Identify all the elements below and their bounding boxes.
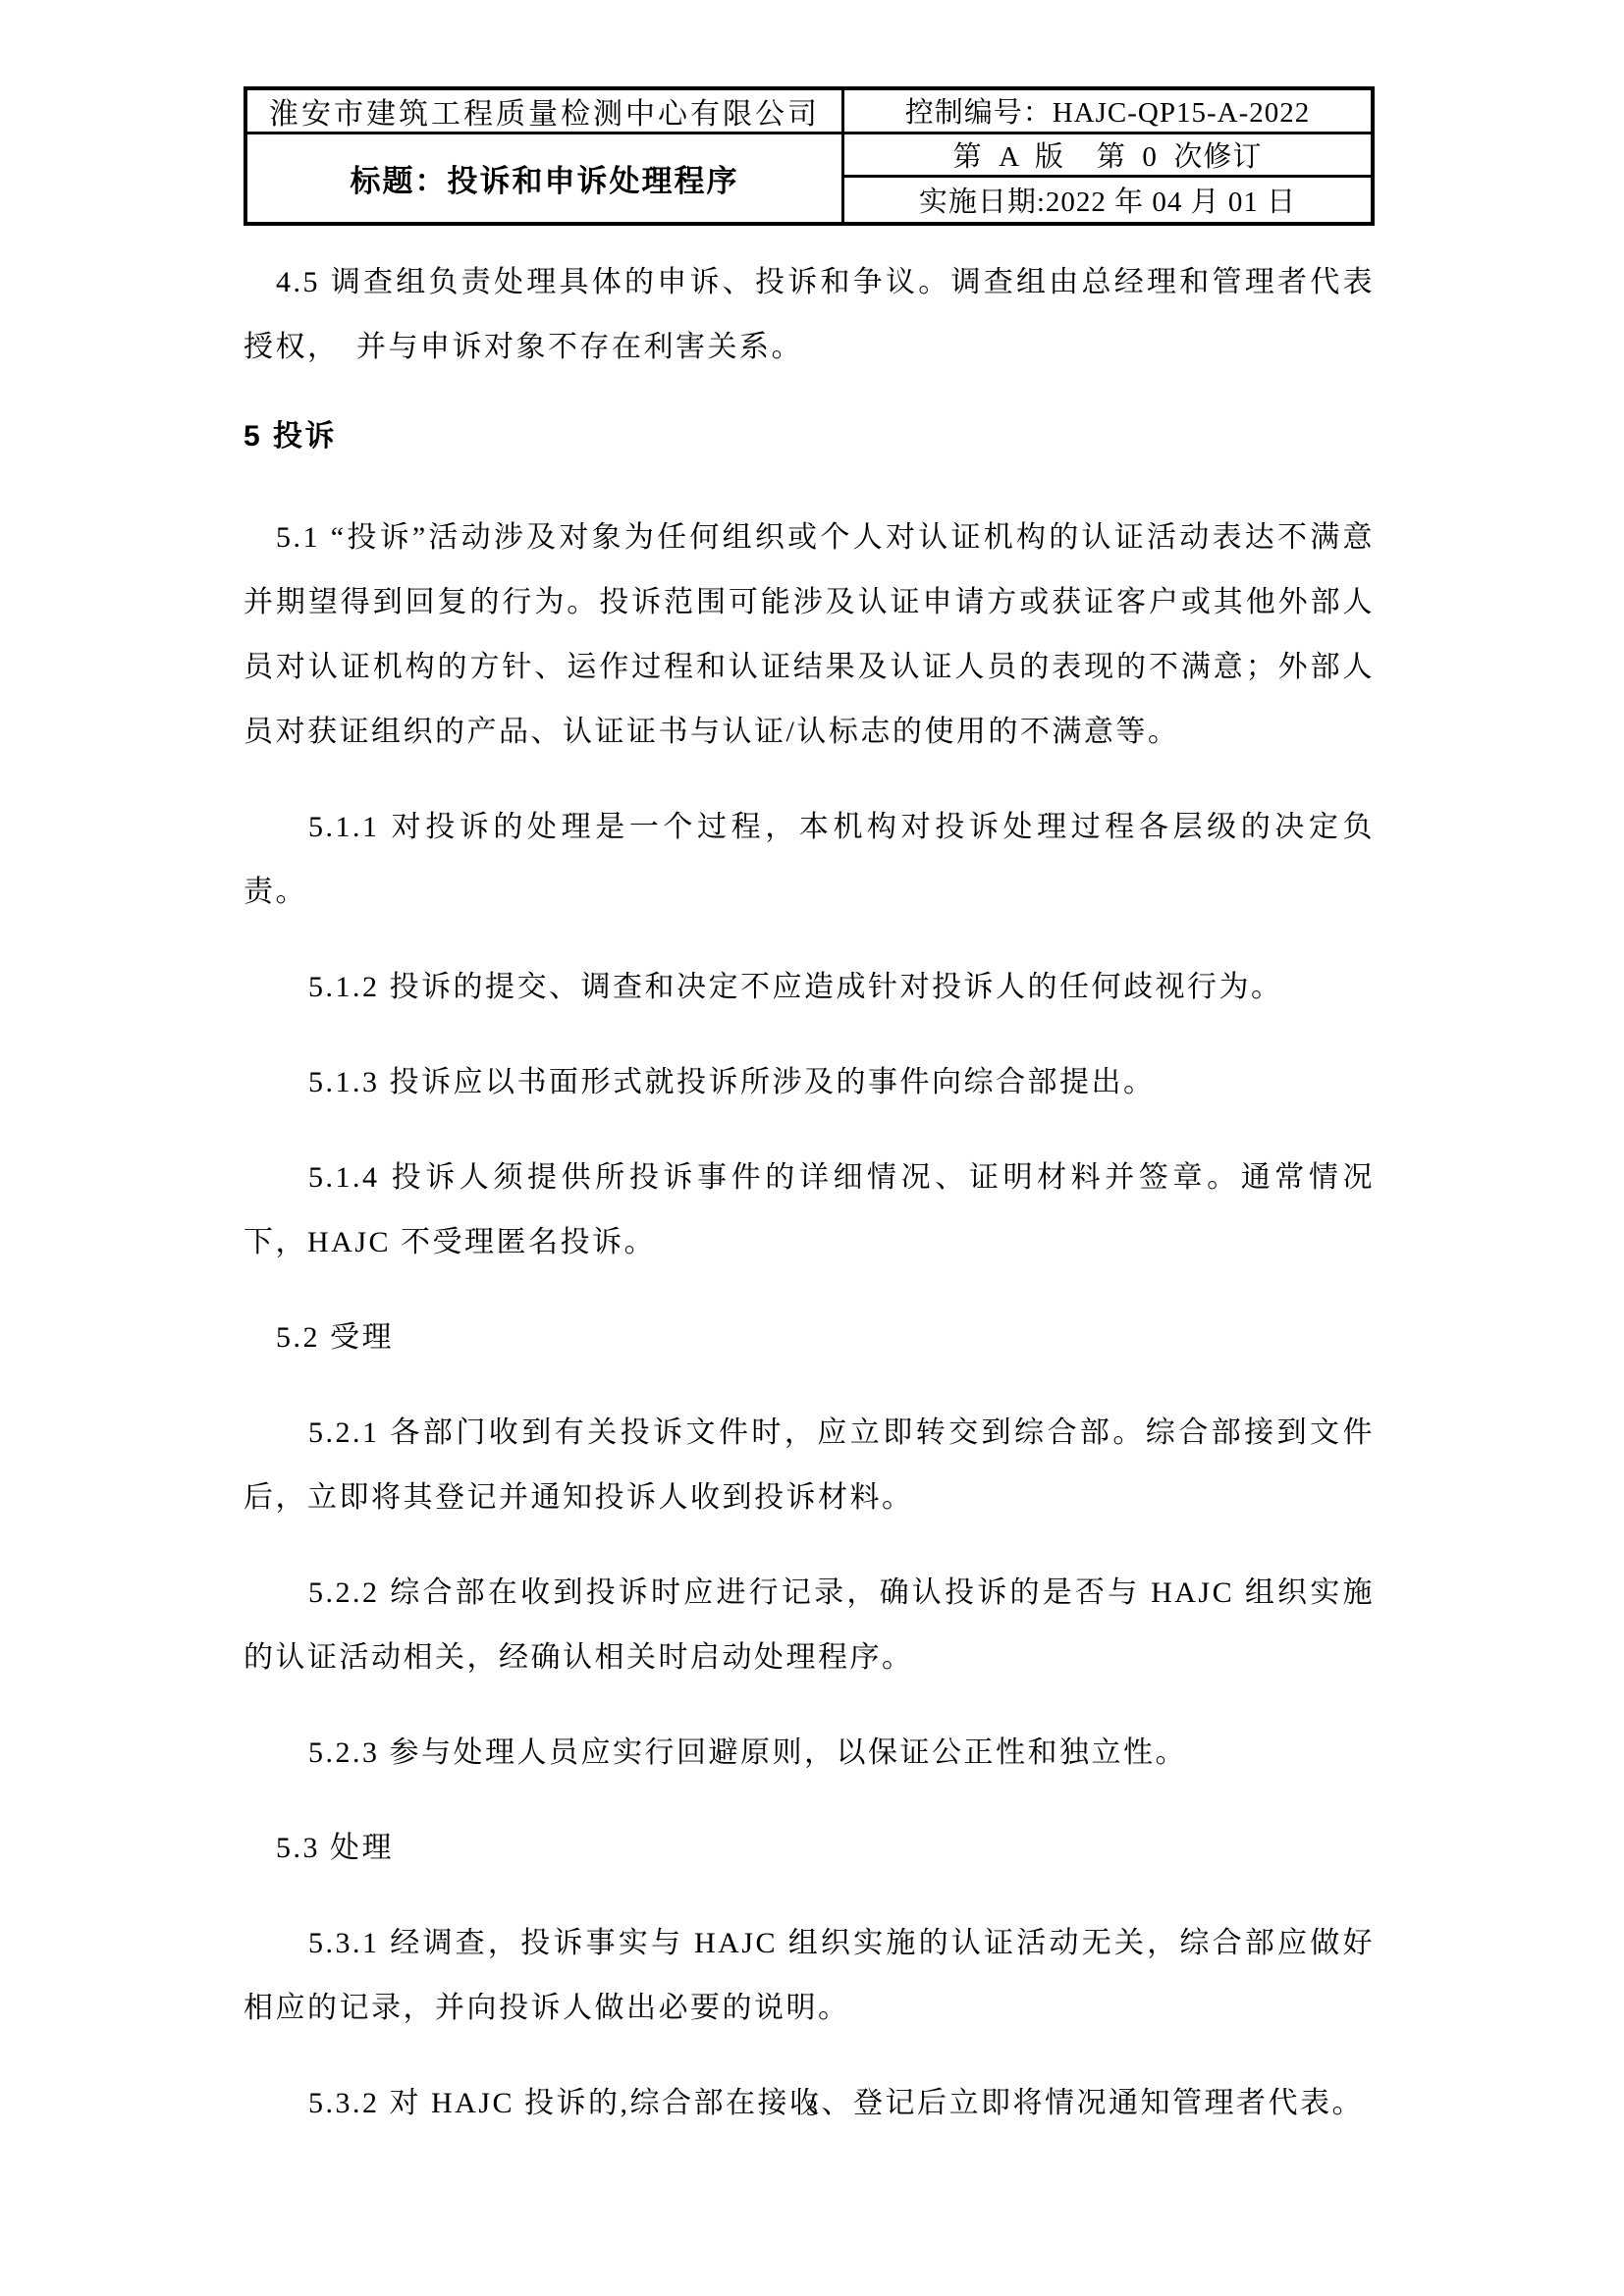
company-name: 淮安市建筑工程质量检测中心有限公司	[247, 90, 844, 134]
paragraph-5-2-3: 5.2.3 参与处理人员应实行回避原则，以保证公正性和独立性。	[244, 1721, 1375, 1786]
paragraph-4-5: 4.5 调查组负责处理具体的申诉、投诉和争议。调查组由总经理和管理者代表授权， …	[244, 250, 1375, 380]
section-heading-5: 5 投诉	[244, 404, 1375, 469]
paragraph-5-1-2: 5.1.2 投诉的提交、调查和决定不应造成针对投诉人的任何歧视行为。	[244, 955, 1375, 1020]
document-page: 淮安市建筑工程质量检测中心有限公司 标题：投诉和申诉处理程序 控制编号：HAJC…	[0, 0, 1624, 2296]
document-title: 标题：投诉和申诉处理程序	[247, 134, 844, 222]
paragraph-5-2-2: 5.2.2 综合部在收到投诉时应进行记录，确认投诉的是否与 HAJC 组织实施的…	[244, 1561, 1375, 1690]
subsection-heading-5-3: 5.3 处理	[244, 1816, 1375, 1881]
paragraph-5-3-1: 5.3.1 经调查，投诉事实与 HAJC 组织实施的认证活动无关，综合部应做好相…	[244, 1911, 1375, 2041]
control-number: 控制编号：HAJC-QP15-A-2022	[844, 90, 1371, 134]
paragraph-5-1-4: 5.1.4 投诉人须提供所投诉事件的详细情况、证明材料并签章。通常情况下，HAJ…	[244, 1146, 1375, 1275]
page-number: 3	[0, 2095, 1624, 2122]
document-body: 4.5 调查组负责处理具体的申诉、投诉和争议。调查组由总经理和管理者代表授权， …	[244, 250, 1375, 2166]
implementation-date: 实施日期:2022 年 04 月 01 日	[844, 178, 1371, 222]
paragraph-5-2-1: 5.2.1 各部门收到有关投诉文件时，应立即转交到综合部。综合部接到文件后，立即…	[244, 1401, 1375, 1530]
paragraph-5-1: 5.1 “投诉”活动涉及对象为任何组织或个人对认证机构的认证活动表达不满意并期望…	[244, 506, 1375, 765]
subsection-heading-5-2: 5.2 受理	[244, 1306, 1375, 1370]
header-table: 淮安市建筑工程质量检测中心有限公司 标题：投诉和申诉处理程序 控制编号：HAJC…	[244, 86, 1375, 226]
version-revision: 第 A 版 第 0 次修订	[844, 134, 1371, 179]
paragraph-5-1-3: 5.1.3 投诉应以书面形式就投诉所涉及的事件向综合部提出。	[244, 1050, 1375, 1115]
paragraph-5-1-1: 5.1.1 对投诉的处理是一个过程，本机构对投诉处理过程各层级的决定负责。	[244, 795, 1375, 925]
